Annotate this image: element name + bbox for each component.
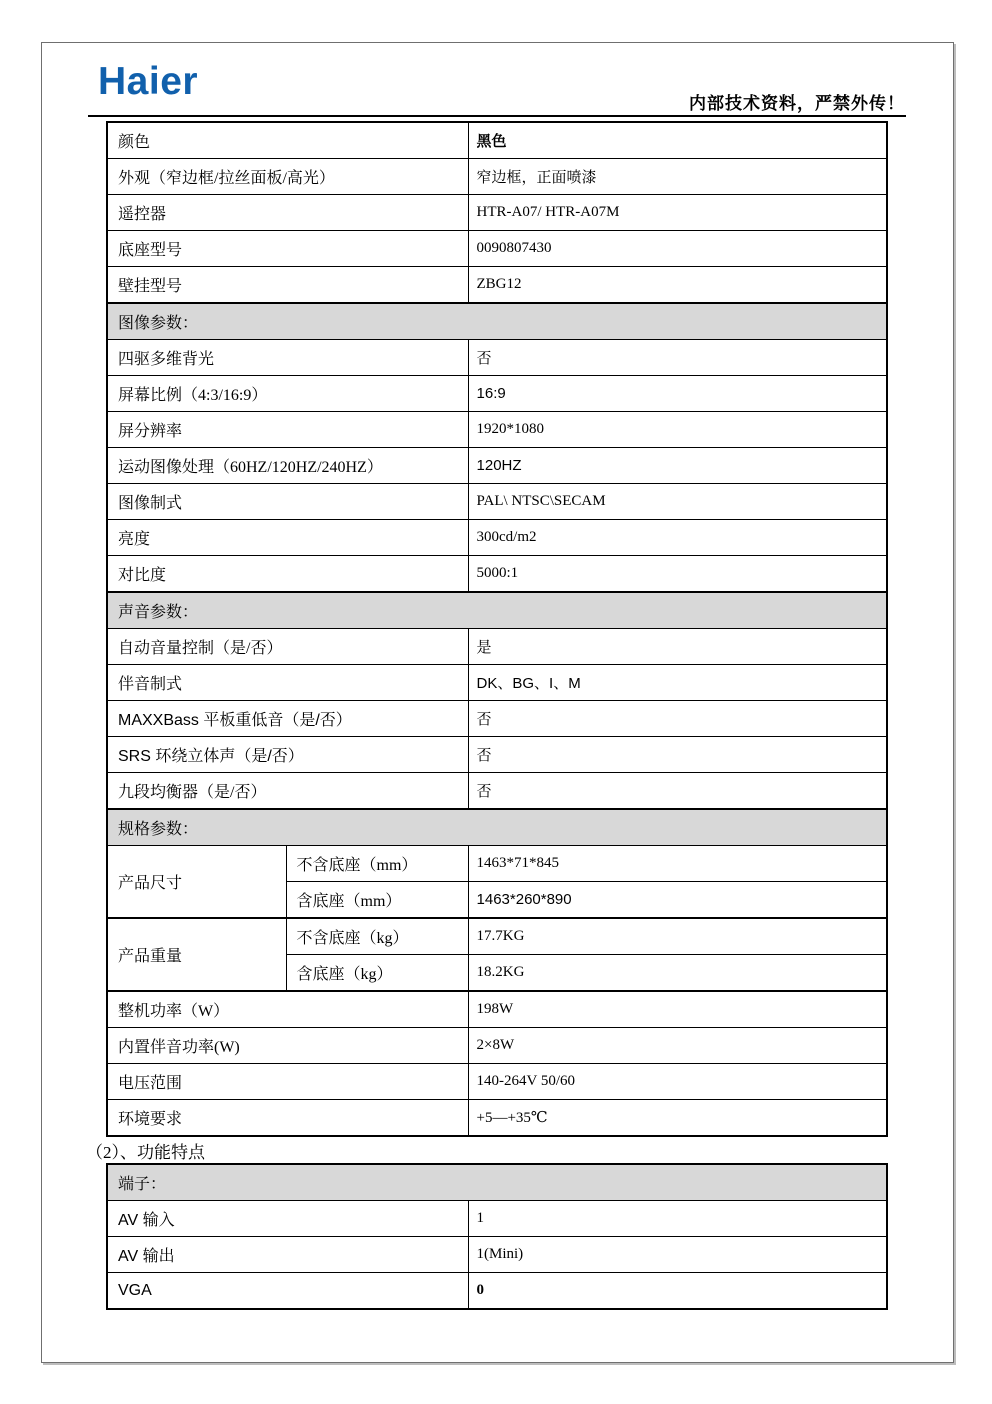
group-sub-label: 不含底座（kg） <box>286 918 468 955</box>
haier-logo: Haier <box>98 62 198 101</box>
group-sub-label: 不含底座（mm） <box>286 846 468 882</box>
row-label: MAXXBass 平板重低音（是/否） <box>107 701 468 737</box>
table-row: 整机功率（W） 198W <box>107 991 887 1028</box>
row-label: 电压范围 <box>107 1064 468 1100</box>
table-row: SRS 环绕立体声（是/否） 否 <box>107 737 887 773</box>
row-label: 运动图像处理（60HZ/120HZ/240HZ） <box>107 448 468 484</box>
row-value: DK、BG、I、M <box>468 665 887 701</box>
row-label: 对比度 <box>107 556 468 593</box>
row-label: SRS 环绕立体声（是/否） <box>107 737 468 773</box>
row-value: ZBG12 <box>468 267 887 304</box>
row-value: 120HZ <box>468 448 887 484</box>
row-label: AV 输入 <box>107 1201 468 1237</box>
row-label: 屏分辨率 <box>107 412 468 448</box>
document-page: Haier 内部技术资料，严禁外传！ 颜色 黑色 外观（窄边框/拉丝面板/高光）… <box>0 0 992 1404</box>
row-label: 伴音制式 <box>107 665 468 701</box>
row-label: 颜色 <box>107 122 468 159</box>
row-value: 1 <box>468 1201 887 1237</box>
section-note: （2）、功能特点 <box>86 1138 205 1163</box>
row-label: 底座型号 <box>107 231 468 267</box>
table-row: 产品尺寸 不含底座（mm） 1463*71*845 <box>107 846 887 882</box>
row-label: 九段均衡器（是/否） <box>107 773 468 810</box>
section-header-row: 规格参数： <box>107 809 887 846</box>
row-label: 遥控器 <box>107 195 468 231</box>
row-value: 1463*71*845 <box>468 846 887 882</box>
table-row: 壁挂型号 ZBG12 <box>107 267 887 304</box>
spec-table: 颜色 黑色 外观（窄边框/拉丝面板/高光） 窄边框，正面喷漆 遥控器 HTR-A… <box>106 121 888 1137</box>
table-row: 外观（窄边框/拉丝面板/高光） 窄边框，正面喷漆 <box>107 159 887 195</box>
row-value: 16:9 <box>468 376 887 412</box>
section-label: 图像参数： <box>107 303 887 340</box>
group-label: 产品重量 <box>107 918 286 991</box>
group-label: 产品尺寸 <box>107 846 286 919</box>
row-value: 198W <box>468 991 887 1028</box>
table-row: 环境要求 +5—+35℃ <box>107 1100 887 1137</box>
row-value: 窄边框，正面喷漆 <box>468 159 887 195</box>
row-value: 140-264V 50/60 <box>468 1064 887 1100</box>
row-label: 外观（窄边框/拉丝面板/高光） <box>107 159 468 195</box>
row-label: 整机功率（W） <box>107 991 468 1028</box>
table-row: 自动音量控制（是/否） 是 <box>107 629 887 665</box>
row-value: 否 <box>468 701 887 737</box>
row-label: 图像制式 <box>107 484 468 520</box>
row-value: HTR-A07/ HTR-A07M <box>468 195 887 231</box>
row-value: 否 <box>468 737 887 773</box>
group-sub-label: 含底座（kg） <box>286 955 468 992</box>
table-row: 伴音制式 DK、BG、I、M <box>107 665 887 701</box>
row-value: 5000:1 <box>468 556 887 593</box>
group-sub-label: 含底座（mm） <box>286 882 468 919</box>
table-row: VGA 0 <box>107 1273 887 1310</box>
table-row: 内置伴音功率(W) 2×8W <box>107 1028 887 1064</box>
row-label: VGA <box>107 1273 468 1310</box>
row-value: +5—+35℃ <box>468 1100 887 1137</box>
section-label: 端子： <box>107 1164 887 1201</box>
row-value: 17.7KG <box>468 918 887 955</box>
header-underline <box>88 115 906 117</box>
row-value: 否 <box>468 340 887 376</box>
confidential-notice: 内部技术资料，严禁外传！ <box>689 89 905 114</box>
section-header-row: 端子： <box>107 1164 887 1201</box>
section-header-row: 声音参数： <box>107 592 887 629</box>
section-label: 声音参数： <box>107 592 887 629</box>
row-value: 1(Mini) <box>468 1237 887 1273</box>
row-value: 300cd/m2 <box>468 520 887 556</box>
table-row: 亮度 300cd/m2 <box>107 520 887 556</box>
row-value: PAL\ NTSC\SECAM <box>468 484 887 520</box>
table-row: 四驱多维背光 否 <box>107 340 887 376</box>
row-label: 四驱多维背光 <box>107 340 468 376</box>
table-row: 运动图像处理（60HZ/120HZ/240HZ） 120HZ <box>107 448 887 484</box>
row-label: 环境要求 <box>107 1100 468 1137</box>
row-value: 1463*260*890 <box>468 882 887 919</box>
table-row: 遥控器 HTR-A07/ HTR-A07M <box>107 195 887 231</box>
row-value: 18.2KG <box>468 955 887 992</box>
section-header-row: 图像参数： <box>107 303 887 340</box>
row-label: 内置伴音功率(W) <box>107 1028 468 1064</box>
row-label: AV 输出 <box>107 1237 468 1273</box>
row-value: 0090807430 <box>468 231 887 267</box>
table-row: AV 输出 1(Mini) <box>107 1237 887 1273</box>
row-value: 黑色 <box>468 122 887 159</box>
row-value: 1920*1080 <box>468 412 887 448</box>
row-label: 自动音量控制（是/否） <box>107 629 468 665</box>
section-label: 规格参数： <box>107 809 887 846</box>
ports-table: 端子： AV 输入 1 AV 输出 1(Mini) VGA 0 <box>106 1163 888 1310</box>
table-row: 底座型号 0090807430 <box>107 231 887 267</box>
row-label: 屏幕比例（4:3/16:9） <box>107 376 468 412</box>
row-value: 0 <box>468 1273 887 1310</box>
row-value: 2×8W <box>468 1028 887 1064</box>
table-row: 图像制式 PAL\ NTSC\SECAM <box>107 484 887 520</box>
table-row: 对比度 5000:1 <box>107 556 887 593</box>
table-row: AV 输入 1 <box>107 1201 887 1237</box>
table-row: 电压范围 140-264V 50/60 <box>107 1064 887 1100</box>
row-label: 壁挂型号 <box>107 267 468 304</box>
table-row: 屏分辨率 1920*1080 <box>107 412 887 448</box>
row-value: 是 <box>468 629 887 665</box>
row-value: 否 <box>468 773 887 810</box>
table-row: 屏幕比例（4:3/16:9） 16:9 <box>107 376 887 412</box>
table-row: 九段均衡器（是/否） 否 <box>107 773 887 810</box>
table-row: MAXXBass 平板重低音（是/否） 否 <box>107 701 887 737</box>
table-row: 产品重量 不含底座（kg） 17.7KG <box>107 918 887 955</box>
row-label: 亮度 <box>107 520 468 556</box>
table-row: 颜色 黑色 <box>107 122 887 159</box>
